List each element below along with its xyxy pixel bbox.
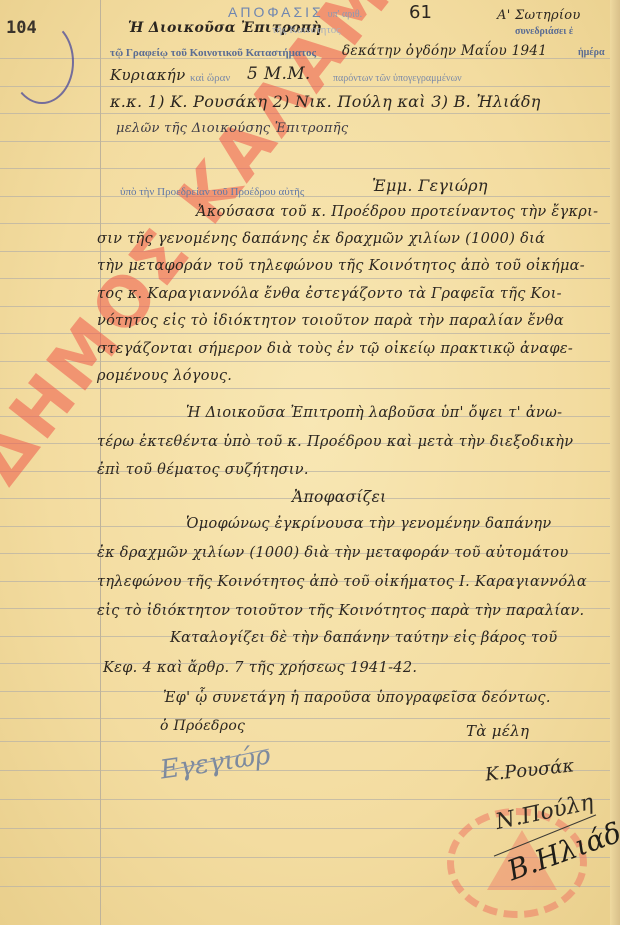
printed-title-text: ΑΠΟΦΑΣΙΣ — [228, 4, 324, 20]
members-line: κ.κ. 1) Κ. Ρουσάκη 2) Νικ. Πούλη καὶ 3) … — [110, 92, 541, 111]
header-print-day: ἡμέρα — [578, 47, 605, 58]
decision-line: ἐκ δραχμῶν χιλίων (1000) διὰ τὴν μεταφορ… — [97, 545, 569, 561]
body-line: σιν τῆς γενομένης δαπάνης ἐκ δραχμῶν χιλ… — [97, 231, 545, 247]
body-line: τέρω ἐκτεθέντα ὑπὸ τοῦ κ. Προέδρου καὶ μ… — [97, 434, 573, 450]
printed-title-suffix: υπ' αριθ. — [328, 9, 363, 20]
ruled-line — [0, 223, 612, 224]
body-line: νότητος εἰς τὸ ἰδιόκτητον τοιοῦτον παρὰ … — [97, 313, 564, 329]
ruled-line — [0, 278, 612, 279]
margin-stamp — [10, 20, 74, 104]
ruled-line — [0, 799, 612, 800]
page-number: 61 — [409, 2, 432, 23]
header-print-present: παρόντων τῶν ὑπογεγραμμένων — [333, 73, 462, 84]
members-role: μελῶν τῆς Διοικούσης Ἐπιτροπῆς — [116, 121, 348, 136]
decision-line: Κεφ. 4 καὶ ἄρθρ. 7 τῆς χρήσεως 1941-42. — [103, 660, 417, 676]
header-hand-name: Α' Σωτηρίου — [497, 8, 581, 23]
presidency-print: ὑπὸ τὴν Προεδρείαν τοῦ Προέδρου αὐτῆς — [120, 186, 304, 198]
body-line: στεγάζονται σήμερον διὰ τοὺς ἐν τῷ οἰκεί… — [97, 341, 573, 357]
decision-line: εἰς τὸ ἰδιόκτητον τοιοῦτον τῆς Κοινότητο… — [97, 603, 584, 619]
ledger-page: ΔΗΜΟΣ ΚΑΛΑΜΑ 104 ΑΠΟΦΑΣΙΣυπ' αριθ. 61 Ἡ … — [0, 0, 620, 925]
president-signature: Εγεγιώρ — [158, 740, 272, 785]
body-line: Ἡ Διοικοῦσα Ἐπιτροπὴ λαβοῦσα ὑπ' ὄψει τ'… — [186, 405, 562, 421]
decision-line: Ὁμοφώνως ἐγκρίνουσα τὴν γενομένην δαπάνη… — [186, 516, 552, 532]
decision-heading: Ἀποφασίζει — [292, 488, 387, 506]
ruled-line — [0, 251, 612, 252]
header-print-community: τῆς Κοινότητος — [272, 24, 341, 36]
header-hand-time: 5 Μ.Μ. — [247, 64, 311, 84]
presidency-hand: Ἐμμ. Γεγιώρη — [372, 176, 488, 195]
body-line: τος κ. Καραγιαννόλα ἔνθα ἐστεγάζοντο τὰ … — [97, 286, 562, 302]
page-edge — [610, 0, 620, 925]
members-label: Τὰ μέλη — [466, 722, 529, 740]
header-hand-date: δεκάτην ὀγδόην Μαΐου 1941 — [342, 43, 547, 59]
body-line: ρομένους λόγους. — [97, 368, 232, 384]
decision-line: Καταλογίζει δὲ τὴν δαπάνην ταύτην εἰς βά… — [170, 630, 557, 646]
header-hand-weekday: Κυριακήν — [110, 66, 186, 84]
body-line: ἐπὶ τοῦ θέματος συζήτησιν. — [97, 462, 309, 478]
member-signature-1: Κ.Ρουσάκ — [484, 755, 575, 785]
printed-title: ΑΠΟΦΑΣΙΣυπ' αριθ. — [228, 4, 362, 20]
header-print-session: συνεδριάσει ἐ — [515, 26, 573, 37]
ruled-line — [0, 168, 612, 169]
header-print-hour: καὶ ὥραν — [190, 72, 230, 84]
ruled-line — [0, 196, 612, 197]
ruled-line — [0, 741, 612, 742]
president-label: ὁ Πρόεδρος — [160, 718, 245, 734]
ruled-line — [0, 141, 612, 142]
closing-line: Ἐφ' ᾧ συνετάγη ἡ παροῦσα ὑπογραφεῖσα δεό… — [163, 690, 551, 706]
header-print-office: τῷ Γραφείῳ τοῦ Κοινοτικοῦ Καταστήματος — [110, 47, 316, 59]
body-line: τὴν μεταφοράν τοῦ τηλεφώνου τῆς Κοινότητ… — [97, 258, 585, 274]
decision-line: τηλεφώνου τῆς Κοινότητος ἀπὸ τοῦ οἰκήματ… — [97, 574, 587, 590]
ruled-line — [0, 718, 612, 719]
body-line: Ἀκούσασα τοῦ κ. Προέδρου προτείναντος τὴ… — [196, 204, 598, 220]
